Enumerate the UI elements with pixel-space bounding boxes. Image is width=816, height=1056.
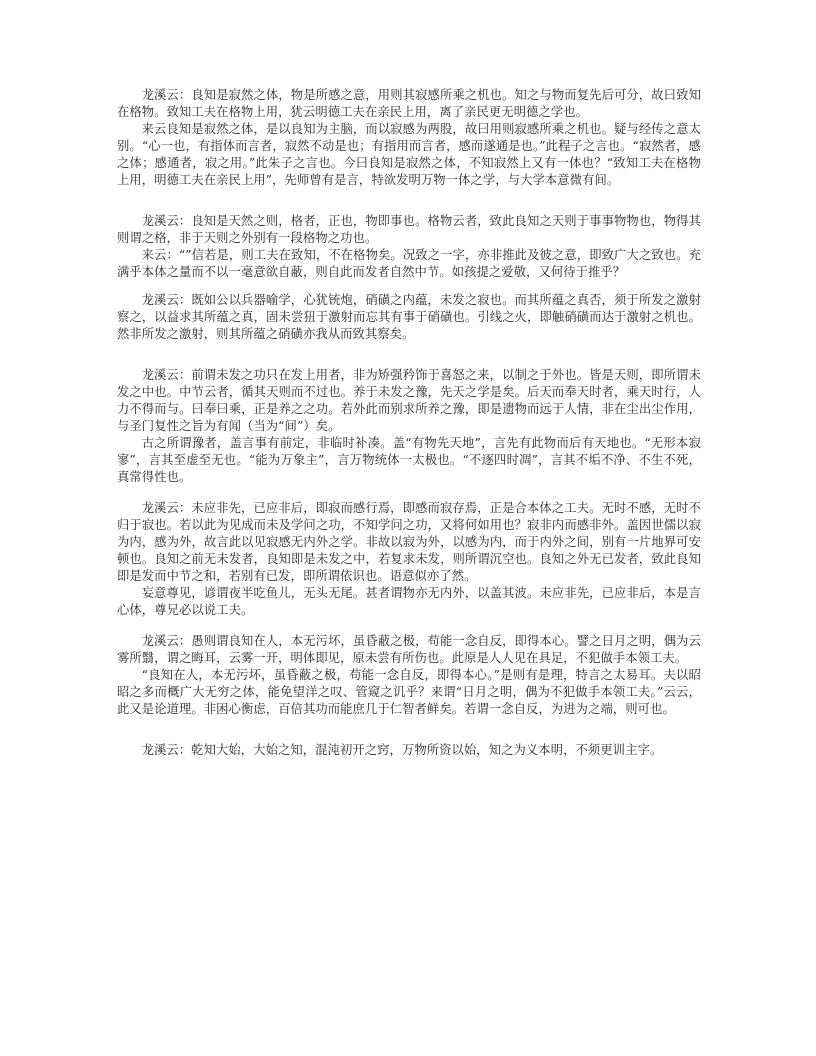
paragraph: 龙溪云：良知是天然之则，格者，正也，物即事也。格物云者，致此良知之天则于事事物物…	[117, 213, 701, 247]
paragraph: 龙溪云：良知是寂然之体，物是所感之意，用则其寂感所乘之机也。知之与物而复先后可分…	[117, 87, 701, 121]
paragraph: 妄意尊见，谚谓夜半吃鱼儿，无头无尾。甚者谓物亦无内外，以盖其波。未应非先，已应非…	[117, 585, 701, 619]
paragraph: “良知在人，本无污坏，虽昏蔽之极，苟能一念自反，即得本心。”是则有是理，特言之太…	[117, 667, 701, 718]
section-2: 龙溪云：良知是天然之则，格者，正也，物即事也。格物云者，致此良知之天则于事事物物…	[117, 213, 701, 281]
paragraph: 来云：“”信若是，则工夫在致知，不在格物矣。况致之一字，亦非推此及彼之意，即致广…	[117, 247, 701, 281]
section-6: 龙溪云：愚则谓良知在人，本无污坏，虽昏蔽之极，苟能一念自反，即得本心。譬之日月之…	[117, 633, 701, 718]
paragraph: 来云良知是寂然之体，是以良知为主脑，而以寂感为两股，故曰用则寂感所乘之机也。疑与…	[117, 121, 701, 189]
paragraph: 古之所谓豫者，盖言事有前定，非临时补凑。盖“有物先天地”，言先有此物而后有天地也…	[117, 435, 701, 486]
section-5: 龙溪云：未应非先，已应非后，即寂而感行焉，即感而寂存焉，正是合本体之工夫。无时不…	[117, 500, 701, 619]
paragraph: 龙溪云：前谓未发之功只在发上用者，非为矫强矜饰于喜怒之来，以制之于外也。皆是天则…	[117, 367, 701, 435]
paragraph: 龙溪云：愚则谓良知在人，本无污坏，虽昏蔽之极，苟能一念自反，即得本心。譬之日月之…	[117, 633, 701, 667]
paragraph: 龙溪云：未应非先，已应非后，即寂而感行焉，即感而寂存焉，正是合本体之工夫。无时不…	[117, 500, 701, 585]
section-1: 龙溪云：良知是寂然之体，物是所感之意，用则其寂感所乘之机也。知之与物而复先后可分…	[117, 87, 701, 189]
document-page: 龙溪云：良知是寂然之体，物是所感之意，用则其寂感所乘之机也。知之与物而复先后可分…	[0, 0, 816, 1056]
paragraph: 龙溪云：乾知大始，大始之知，混沌初开之窍，万物所资以始，知之为义本明，不须更训主…	[117, 742, 701, 759]
text-body: 龙溪云：良知是寂然之体，物是所感之意，用则其寂感所乘之机也。知之与物而复先后可分…	[117, 87, 701, 759]
paragraph: 龙溪云：既如公以兵器喻学，心犹铳炮，硝磺之内蕴，未发之寂也。而其所蕴之真否，须于…	[117, 292, 701, 343]
section-3: 龙溪云：既如公以兵器喻学，心犹铳炮，硝磺之内蕴，未发之寂也。而其所蕴之真否，须于…	[117, 292, 701, 343]
section-4: 龙溪云：前谓未发之功只在发上用者，非为矫强矜饰于喜怒之来，以制之于外也。皆是天则…	[117, 367, 701, 486]
section-7: 龙溪云：乾知大始，大始之知，混沌初开之窍，万物所资以始，知之为义本明，不须更训主…	[117, 742, 701, 759]
